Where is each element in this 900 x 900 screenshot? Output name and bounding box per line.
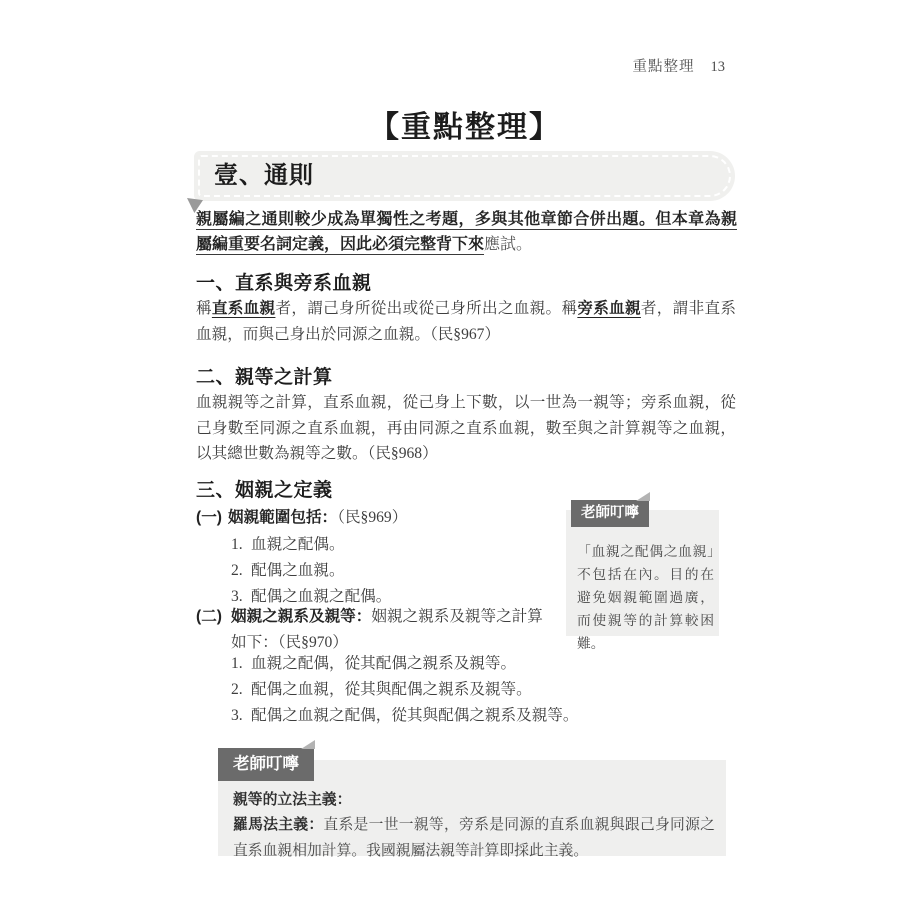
s1-term-direct-blood: 直系血親 (212, 300, 276, 317)
list-item-number: 2. (231, 677, 251, 703)
subsection-2-list: 1.血親之配偶，從其配偶之親系及親等。 2.配偶之血親，從其與配偶之親系及親等。… (231, 651, 578, 728)
intro-tail-text: 應試。 (484, 236, 532, 253)
list-item-number: 3. (231, 703, 251, 729)
section-1-heading: 一、直系與旁系血親 (196, 268, 372, 295)
teacher-note-side-tab: 老師叮嚀 (571, 500, 649, 527)
list-item-text: 血親之配偶。 (251, 536, 345, 553)
list-item-text: 配偶之血親之配偶。 (251, 588, 391, 605)
teacher-note-side-body: 「血親之配偶之血親」不包括在內。目的在避免姻親範圍過廣，而使親等的計算較困難。 (577, 540, 714, 655)
list-item: 1.血親之配偶，從其配偶之親系及親等。 (231, 651, 578, 677)
header-page-number: 13 (711, 59, 726, 75)
teacher-note-bottom-tab: 老師叮嚀 (218, 748, 314, 781)
teacher-note-bottom: 老師叮嚀 親等的立法主義：羅馬法主義：直系是一世一親等，旁系是同源的直系血親與跟… (218, 748, 726, 856)
section-2-heading: 二、親等之計算 (196, 362, 333, 389)
list-item-text: 配偶之血親之配偶，從其與配偶之親系及親等。 (251, 707, 578, 724)
list-item-text: 配偶之血親，從其與配偶之親系及親等。 (251, 681, 532, 698)
subsection-2-marker: (二) (196, 604, 222, 630)
list-item: 2.配偶之血親。 (231, 558, 391, 584)
intro-paragraph: 親屬編之通則較少成為單獨性之考題，多與其他章節合併出題。但本章為親屬編重要名詞定… (196, 207, 737, 257)
teacher-note-label: 老師叮嚀 (233, 755, 299, 773)
list-item-number: 2. (231, 558, 251, 584)
subsection-1-label: 姻親範圍包括： (228, 509, 337, 526)
subsection-2-content: 姻親之親系及親等：姻親之親系及親等之計算如下：（民§970） (231, 604, 596, 656)
section-3-heading: 三、姻親之定義 (196, 475, 333, 502)
subsection-1-law-ref: （民§969） (337, 509, 407, 526)
teacher-note-bottom-body: 親等的立法主義：羅馬法主義：直系是一世一親等，旁系是同源的直系血親與跟己身同源之… (233, 788, 715, 864)
teacher-note-label: 老師叮嚀 (581, 505, 639, 521)
list-item-number: 1. (231, 532, 251, 558)
subsection-2-label: 姻親之親系及親等： (231, 608, 371, 625)
page-header: 重點整理13 (195, 55, 725, 76)
folded-corner-icon (636, 492, 650, 501)
part-heading-box: 壹、通則 (194, 151, 735, 201)
intro-emphasis-text: 親屬編之通則較少成為單獨性之考題，多與其他章節合併出題。但本章為親屬編重要名詞定… (196, 211, 737, 253)
s1-seg-2: 者，謂己身所從出或從己身所出之血親。稱 (275, 300, 577, 317)
subsection-2-text: 姻親之親系及親等之計算 (371, 608, 543, 625)
header-section-label: 重點整理 (633, 59, 695, 75)
s1-term-collateral-blood: 旁系血親 (577, 300, 641, 317)
s1-seg-1: 稱 (196, 300, 212, 317)
teacher-note-side: 老師叮嚀 「血親之配偶之血親」不包括在內。目的在避免姻親範圍過廣，而使親等的計算… (566, 500, 719, 636)
subsection-1-marker: (一) (196, 509, 222, 526)
list-item: 2.配偶之血親，從其與配偶之親系及親等。 (231, 677, 578, 703)
list-item-text: 血親之配偶，從其配偶之親系及親等。 (251, 655, 516, 672)
main-title: 【重點整理】 (195, 102, 735, 146)
section-1-body: 稱直系血親者，謂己身所從出或從己身所出之血親。稱旁系血親者，謂非直系血親，而與己… (196, 296, 736, 347)
note-term: 羅馬法主義： (233, 817, 323, 833)
list-item: 3.配偶之血親之配偶，從其與配偶之親系及親等。 (231, 703, 578, 729)
subsection-2-line: (二) 姻親之親系及親等：姻親之親系及親等之計算如下：（民§970） (196, 604, 596, 656)
note-title: 親等的立法主義： (233, 788, 715, 813)
list-item-text: 配偶之血親。 (251, 562, 345, 579)
subsection-1-line: (一)姻親範圍包括：（民§969） (196, 505, 407, 527)
list-item-number: 1. (231, 651, 251, 677)
subsection-1-list: 1.血親之配偶。 2.配偶之血親。 3.配偶之血親之配偶。 (231, 532, 391, 609)
list-item: 1.血親之配偶。 (231, 532, 391, 558)
part-title: 壹、通則 (214, 151, 314, 201)
folded-corner-icon (301, 740, 315, 749)
section-2-body: 血親親等之計算，直系血親，從己身上下數，以一世為一親等；旁系血親，從己身數至同源… (196, 390, 736, 467)
